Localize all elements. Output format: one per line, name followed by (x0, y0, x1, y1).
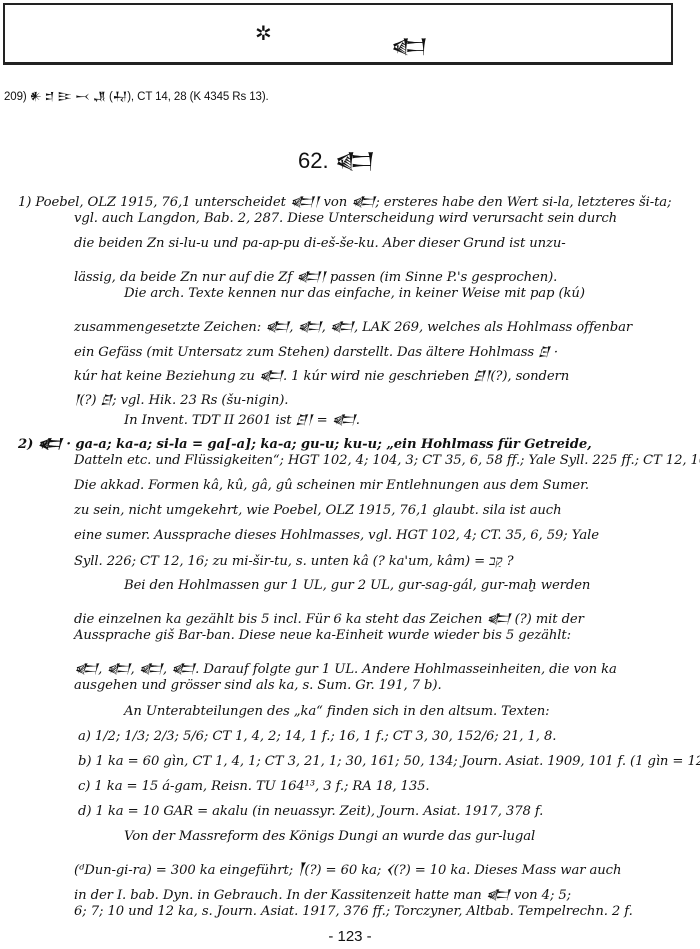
cuneiform-sign-ka-icon: 𒅗 (391, 21, 428, 67)
text-line: Die arch. Texte kennen nur das einfache,… (124, 286, 585, 301)
reference-209: 209) 𒀭 𒄑 𒄿 𒁁 𒂗 (𒄷), CT 14, 28 (K 4345 Rs… (4, 82, 269, 108)
text-line: Von der Massreform des Königs Dungi an w… (124, 829, 535, 844)
text-line: vgl. auch Langdon, Bab. 2, 287. Diese Un… (74, 211, 617, 226)
text-line: a) 1/2; 1/3; 2/3; 5/6; CT 1, 4, 2; 14, 1… (78, 729, 556, 744)
text-line: An Unterabteilungen des „ka“ finden sich… (124, 704, 550, 719)
text-line: ausgehen und grösser sind als ka, s. Sum… (74, 678, 442, 693)
text-line: eine sumer. Aussprache dieses Hohlmasses… (74, 528, 599, 543)
text-line: Die akkad. Formen kâ, kû, gâ, gû scheine… (74, 478, 589, 493)
text-line: Datteln etc. und Flüssigkeiten“; HGT 102… (74, 453, 700, 468)
text-line: zu sein, nicht umgekehrt, wie Poebel, OL… (74, 503, 561, 518)
text-line: Syll. 226; CT 12, 16; zu mi-šir-tu, s. u… (74, 553, 513, 569)
text-line: die beiden Zn si-lu-u und pa-ap-pu di-eš… (74, 236, 566, 251)
page-number: - 123 - (0, 928, 700, 945)
text-line: b) 1 ka = 60 gìn, CT 1, 4, 1; CT 3, 21, … (78, 754, 700, 769)
text-line: Aussprache giš Bar-ban. Diese neue ka-Ei… (74, 628, 571, 643)
cuneiform-sign-icon: ✲ (255, 21, 272, 45)
sign-header-box: ✲ 𒅗 (3, 3, 673, 65)
text-line: Bei den Hohlmassen gur 1 UL, gur 2 UL, g… (124, 578, 590, 593)
text-line: d) 1 ka = 10 GAR = akalu (in neuassyr. Z… (78, 804, 543, 819)
entry-heading: 62. 𒅗 (298, 134, 375, 184)
text-line: 6; 7; 10 und 12 ka, s. Journ. Asiat. 191… (74, 904, 633, 919)
text-line: c) 1 ka = 15 á-gam, Reisn. TU 164¹³, 3 f… (78, 779, 430, 794)
